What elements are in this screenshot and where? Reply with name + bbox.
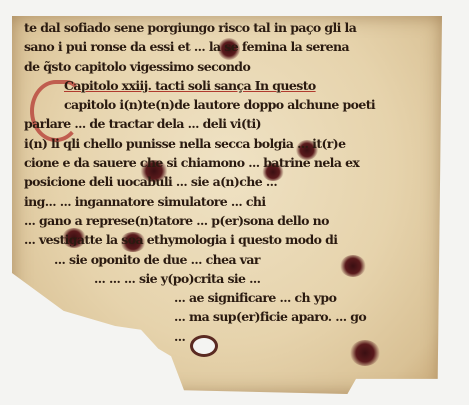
text-line: ing... ... ingannatore simulatore ... ch… [24,192,434,211]
text-line: te dal sofiado sene porgiungo risco tal … [24,18,434,37]
text-line: ... gano a represe(n)tatore ... p(er)son… [24,211,434,230]
text-line: sano i pui ronse da essi et ... la se fe… [24,37,434,56]
text-line: posicione deli uocabuli ... sie a(n)che … [24,172,434,191]
text-line: ... ae significare ... ch ypo [24,288,434,307]
text-line: ... [24,327,434,346]
text-line: de q̃sto capitolo vigessimo secondo [24,57,434,76]
chapter-heading: Capitolo xxiij. tacti soli sança In ques… [24,76,434,95]
text-block: te dal sofiado sene porgiungo risco tal … [24,18,434,346]
text-line: capitolo i(n)te(n)de lautore doppo alchu… [24,95,434,114]
text-line: i(n) li qli chello punisse nella secca b… [24,134,434,153]
text-line: ... ma sup(er)ficie aparo. ... go [24,307,434,326]
text-line: parlare ... de tractar dela ... deli vi(… [24,114,434,133]
text-line: ... vestigatte la soa ethymologia i ques… [24,230,434,249]
text-line: ... sie oponito de due ... chea var [24,250,434,269]
text-line: ... ... ... sie y(po)crita sie ... [24,269,434,288]
text-line: cione e da sauere che si chiamono ... ba… [24,153,434,172]
